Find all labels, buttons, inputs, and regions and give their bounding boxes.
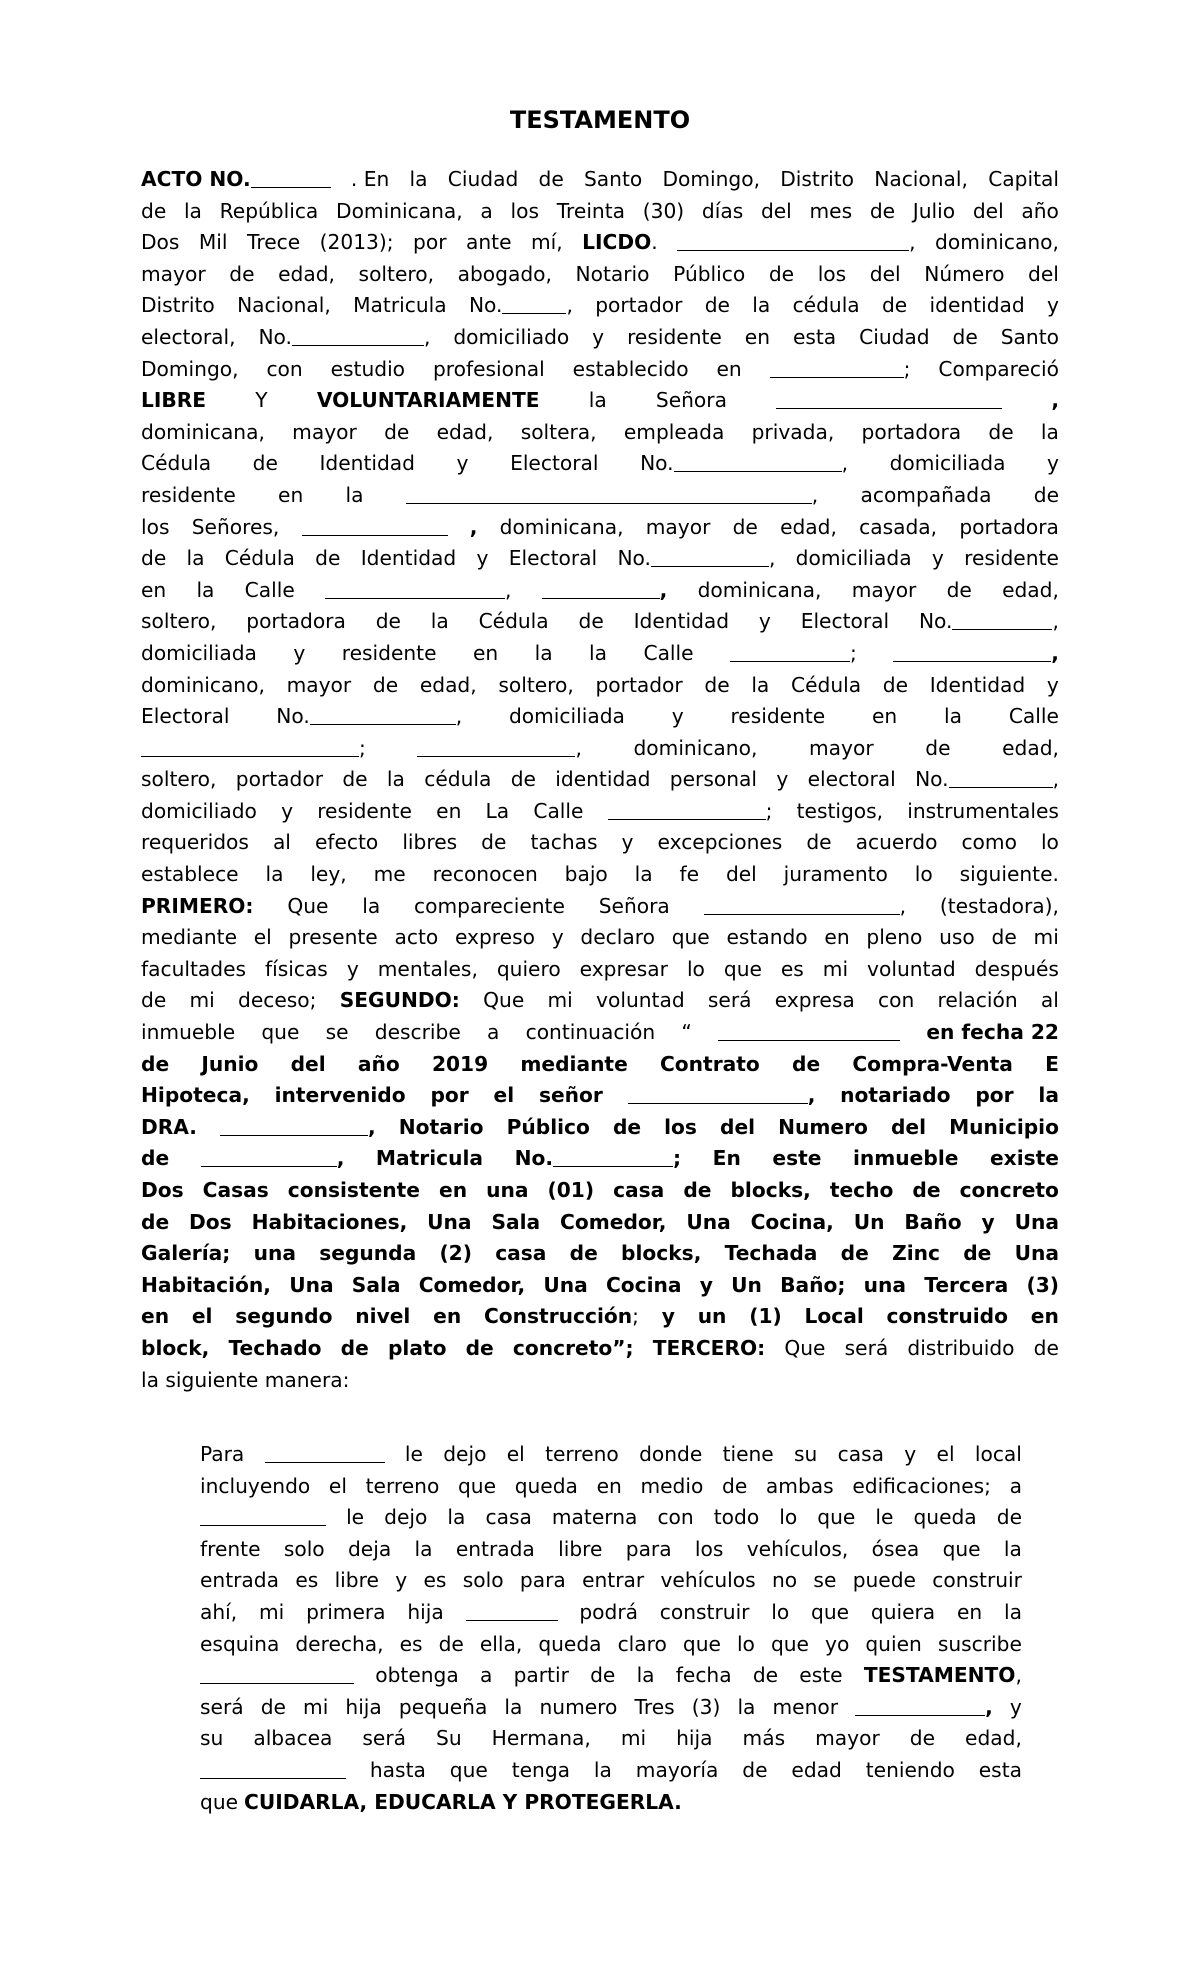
word: expresar	[580, 954, 668, 986]
word: Mil	[199, 227, 228, 259]
word: empleada	[624, 417, 724, 449]
word: dejo	[443, 1439, 486, 1471]
word: en	[957, 1597, 982, 1629]
word: en	[745, 322, 770, 354]
word: mayor	[141, 259, 206, 291]
word: casa	[613, 1175, 664, 1207]
word: Habitaciones,	[252, 1207, 408, 1239]
word: residente	[141, 480, 236, 512]
word: su	[794, 1439, 817, 1471]
word: estudio	[331, 354, 405, 386]
word: le	[405, 1439, 423, 1471]
blank-line	[553, 1146, 673, 1167]
word: existe	[990, 1143, 1059, 1175]
fill-in-blank: ,	[406, 480, 818, 512]
word: los	[818, 259, 846, 291]
word: domiciliada	[890, 448, 1006, 480]
word: de	[141, 985, 166, 1017]
word: electoral,	[141, 322, 236, 354]
word: la	[410, 164, 428, 196]
word: albacea	[253, 1723, 332, 1755]
word: identidad	[555, 764, 650, 796]
word: no	[772, 1565, 797, 1597]
word: la	[752, 290, 770, 322]
word: la	[415, 1534, 433, 1566]
word: Zinc	[892, 1238, 940, 1270]
word: mayor	[292, 417, 357, 449]
blank-line	[200, 1663, 354, 1684]
word: portador	[595, 670, 682, 702]
word: hija	[407, 1597, 443, 1629]
text-line: enelsegundonivelenConstrucción;yun(1)Loc…	[141, 1301, 1059, 1333]
word: Calle	[643, 638, 693, 670]
text-line: inmueblequesedescribeacontinuación“en fe…	[141, 1017, 1059, 1049]
word: y	[552, 922, 564, 954]
word: del	[761, 196, 792, 228]
word: edificaciones;	[852, 1471, 991, 1503]
word: segundo	[235, 1301, 332, 1333]
word: Baño;	[780, 1270, 845, 1302]
word: Una	[427, 1207, 471, 1239]
text-line: frentesolodejalaentradalibreparalosvehíc…	[200, 1534, 1022, 1566]
word: una	[254, 1238, 296, 1270]
word: en	[141, 1301, 169, 1333]
word: efecto	[315, 827, 378, 859]
word: No.,	[258, 322, 430, 354]
word: al	[273, 827, 291, 859]
fill-in-blank: ;	[730, 638, 857, 670]
word: este	[799, 1660, 842, 1692]
word: intervenido	[275, 1080, 406, 1112]
word: de	[341, 1333, 369, 1365]
word: No.;	[515, 1143, 682, 1175]
word: en	[597, 1471, 622, 1503]
word: Para	[200, 1439, 244, 1471]
text-line: facultadesfísicasymentales,quieroexpresa…	[141, 954, 1059, 986]
word: electoral	[808, 764, 896, 796]
word: y	[1047, 670, 1059, 702]
word: año	[358, 1049, 400, 1081]
word: mi	[621, 1723, 646, 1755]
word: “	[681, 1017, 691, 1049]
fill-in-blank: ,	[201, 1143, 345, 1175]
word: primera	[306, 1597, 385, 1629]
word: Numero	[778, 1112, 868, 1144]
word: a	[480, 1660, 492, 1692]
word: teniendo	[866, 1755, 955, 1787]
word: TERCERO:	[653, 1333, 766, 1365]
word: Que	[784, 1333, 825, 1365]
word: Trece	[247, 227, 300, 259]
word: de	[141, 1049, 169, 1081]
word: de	[953, 322, 978, 354]
word: solo	[463, 1565, 504, 1597]
word: podrá	[579, 1597, 638, 1629]
word: tachas	[530, 827, 597, 859]
word: Señora	[599, 891, 670, 923]
word: 2019	[432, 1049, 488, 1081]
word: fecha	[676, 1660, 732, 1692]
word: deja	[348, 1534, 391, 1566]
word: del	[973, 196, 1004, 228]
text-line: domiciliadoyresidenteenLaCalle;testigos,…	[141, 796, 1059, 828]
word: consistente	[288, 1175, 420, 1207]
word: acompañada	[860, 480, 991, 512]
word: mi	[259, 1597, 284, 1629]
word: la	[737, 1692, 755, 1724]
word: Y	[255, 385, 267, 417]
word: de	[373, 670, 398, 702]
word: libre	[558, 1534, 602, 1566]
text-line: incluyendoelterrenoquequedaenmediodeamba…	[200, 1471, 1022, 1503]
word: Matricula	[376, 1143, 483, 1175]
word: soltero,	[141, 764, 216, 796]
word: de	[590, 1660, 615, 1692]
word: y	[759, 606, 771, 638]
word: No.,	[469, 290, 573, 322]
word: de	[511, 764, 536, 796]
word: los	[141, 512, 169, 544]
word: Electoral	[510, 448, 598, 480]
document-title: TESTAMENTO	[0, 104, 1200, 136]
text-line: dominicano,mayordeedad,soltero,portadord…	[141, 670, 1059, 702]
word: ósea	[872, 1534, 920, 1566]
word: instrumentales	[907, 796, 1059, 828]
word: Treinta	[557, 196, 625, 228]
word: tenga	[512, 1755, 570, 1787]
word: voluntad	[596, 985, 685, 1017]
word: lo	[779, 1502, 797, 1534]
text-line: losSeñores,,dominicana,mayordeedad,casad…	[141, 512, 1059, 544]
word: de	[742, 1755, 767, 1787]
word: de	[883, 670, 908, 702]
word: mayor	[852, 575, 917, 607]
word: a	[487, 1017, 499, 1049]
fill-in-blank	[200, 1755, 346, 1787]
word: mí,	[531, 227, 563, 259]
blank-line	[677, 230, 909, 251]
word: al	[1041, 985, 1059, 1017]
word: de	[769, 259, 794, 291]
word: soltero,	[498, 670, 573, 702]
word: y	[1010, 1692, 1022, 1724]
word: y	[932, 543, 944, 575]
word: que	[261, 1017, 299, 1049]
word: mayor	[646, 512, 711, 544]
word: voluntad	[867, 954, 956, 986]
word: (3)	[692, 1692, 721, 1724]
word: estando	[726, 922, 807, 954]
word: Electoral	[509, 543, 597, 575]
distribution-paragraph: Paraledejoelterrenodondetienesucasayello…	[200, 1439, 1022, 1818]
word: abogado,	[458, 259, 552, 291]
word: edad,	[1002, 733, 1059, 765]
text-line: delaRepúblicaDominicana,alosTreinta(30)d…	[141, 196, 1059, 228]
word: partir	[514, 1660, 569, 1692]
word: queda	[538, 1629, 601, 1661]
fill-in-blank	[265, 1439, 385, 1471]
word: la	[1004, 1597, 1022, 1629]
fill-in-blank: ,	[704, 891, 906, 923]
word: que	[450, 1755, 488, 1787]
word: de	[841, 1238, 869, 1270]
word: será	[362, 1723, 406, 1755]
word: Identidad	[319, 448, 415, 480]
word: Capital	[988, 164, 1059, 196]
word: de	[683, 1175, 711, 1207]
word: soltera,	[521, 417, 597, 449]
word: Su	[436, 1723, 462, 1755]
word: es	[781, 954, 804, 986]
word: blocks,	[730, 1175, 810, 1207]
word: lo	[687, 954, 705, 986]
blank-line	[406, 483, 812, 504]
word: hasta	[370, 1755, 426, 1787]
text-line: soltero,portadordelacéduladeidentidadper…	[141, 764, 1059, 796]
word: siguiente.	[960, 859, 1059, 891]
word: Junio	[201, 1049, 258, 1081]
blank-line	[949, 767, 1053, 788]
blank-line	[704, 894, 900, 915]
word: profesional	[433, 354, 545, 386]
word: establece	[141, 859, 239, 891]
word: Sala	[352, 1270, 401, 1302]
word: su	[200, 1723, 223, 1755]
word: Distrito	[780, 164, 854, 196]
word: Comedor,	[560, 1207, 666, 1239]
word: esta	[793, 322, 836, 354]
blank-line	[776, 388, 1002, 409]
word: dominicana,	[698, 575, 822, 607]
word: domiciliado	[141, 796, 257, 828]
word: terreno	[366, 1471, 440, 1503]
word: un	[698, 1301, 727, 1333]
word: lo	[737, 1629, 755, 1661]
word: la	[589, 638, 607, 670]
word: mediante	[520, 1049, 627, 1081]
blank-line	[608, 799, 766, 820]
word: de	[792, 1049, 820, 1081]
fill-in-blank	[718, 1017, 900, 1049]
word: la	[751, 670, 769, 702]
word: residente	[627, 322, 722, 354]
word: me	[374, 859, 406, 891]
blank-line	[251, 167, 331, 188]
word: (testadora),	[940, 891, 1059, 923]
text-line: obtengaapartirdelafechadeesteTESTAMENTO,	[200, 1660, 1022, 1692]
text-line: Habitación,UnaSalaComedor,UnaCocinayUnBa…	[141, 1270, 1059, 1302]
word: de	[1034, 1333, 1059, 1365]
blank-line	[220, 1115, 368, 1136]
word: deceso;	[238, 985, 316, 1017]
word: ACTO NO.	[141, 164, 331, 196]
word: queda	[913, 1502, 976, 1534]
word: frente	[200, 1534, 261, 1566]
word: la	[184, 196, 202, 228]
text-line: ElectoralNo.,domiciliadayresidenteenlaCa…	[141, 701, 1059, 733]
word: del	[870, 259, 901, 291]
word: dominicano,	[633, 733, 757, 765]
word: será	[200, 1692, 244, 1724]
word: ante	[466, 227, 512, 259]
word: de	[705, 290, 730, 322]
word: casa	[495, 1238, 546, 1270]
blank-line	[302, 515, 448, 536]
word: Sala	[491, 1207, 540, 1239]
word: la	[387, 764, 405, 796]
word: residente	[342, 638, 437, 670]
word: terreno	[545, 1439, 619, 1471]
word: el	[329, 1471, 347, 1503]
word: dominicano,	[935, 227, 1059, 259]
word: solo	[284, 1534, 325, 1566]
word: República	[220, 196, 319, 228]
word: DRA.	[141, 1112, 197, 1144]
word: presente	[289, 922, 378, 954]
text-line: medianteelpresenteactoexpresoydeclaroque…	[141, 922, 1059, 954]
word: la	[187, 543, 205, 575]
text-line: ;,dominicano,mayordeedad,	[141, 733, 1059, 765]
word: VOLUNTARIAMENTE	[317, 385, 540, 417]
word: y	[457, 448, 469, 480]
word: de	[261, 1692, 286, 1724]
word: establecido	[573, 354, 689, 386]
word: los	[695, 1534, 723, 1566]
word: privada,	[752, 417, 835, 449]
fill-in-blank: ,	[542, 575, 668, 607]
word: inmueble	[853, 1143, 958, 1175]
word: se	[813, 1565, 836, 1597]
text-line: CéduladeIdentidadyElectoralNo.,domicilia…	[141, 448, 1059, 480]
word: plato	[388, 1333, 447, 1365]
text-line: Galería;unasegunda(2)casadeblocks,Techad…	[141, 1238, 1059, 1270]
word: (01)	[548, 1175, 595, 1207]
word: requeridos	[141, 827, 249, 859]
fill-in-blank: ,	[628, 1080, 816, 1112]
word: local	[975, 1439, 1022, 1471]
word: Calle	[533, 796, 583, 828]
word: ley,	[310, 859, 346, 891]
word: esquina	[200, 1629, 279, 1661]
word: libre	[335, 1565, 379, 1597]
word: inmueble	[141, 1017, 235, 1049]
word: No.,	[640, 448, 848, 480]
word: de	[376, 606, 401, 638]
word: del	[291, 1049, 326, 1081]
word: en	[436, 796, 461, 828]
word: entrada	[456, 1534, 535, 1566]
word: Electoral	[141, 701, 229, 733]
word: uso	[939, 922, 975, 954]
word: suscribe	[938, 1629, 1022, 1661]
blank-line	[325, 578, 505, 599]
word: Ciudad	[448, 164, 519, 196]
word: de	[466, 1333, 494, 1365]
word: de	[439, 1629, 464, 1661]
word: relación	[938, 985, 1018, 1017]
word: ,	[1051, 385, 1059, 417]
word: casada,	[859, 512, 937, 544]
blank-line	[770, 357, 904, 378]
word: la	[265, 859, 283, 891]
word: para	[626, 1534, 672, 1566]
word: Cocina	[606, 1270, 682, 1302]
word: quien	[865, 1629, 921, 1661]
fill-in-blank: ,	[417, 733, 581, 765]
word: de	[342, 764, 367, 796]
word: En	[713, 1143, 741, 1175]
word: que	[683, 1629, 721, 1661]
word: de	[141, 1207, 169, 1239]
word: Municipio	[949, 1112, 1059, 1144]
word: juramento	[784, 859, 888, 891]
word: de	[925, 733, 950, 765]
blank-line	[310, 704, 456, 725]
fill-in-blank: ,	[677, 227, 915, 259]
word: mes	[810, 196, 853, 228]
word: (2013);	[320, 227, 394, 259]
word: personal	[670, 764, 757, 796]
word: Identidad	[361, 543, 457, 575]
word: Dos	[141, 227, 179, 259]
word: la	[1041, 417, 1059, 449]
word: Una	[289, 1270, 333, 1302]
word: casa	[838, 1439, 884, 1471]
word: y	[476, 543, 488, 575]
word: la	[594, 1755, 612, 1787]
word: ella,	[480, 1629, 522, 1661]
blank-line	[730, 641, 850, 662]
word: mentales,	[378, 954, 478, 986]
word: quiera	[871, 1597, 935, 1629]
word: el	[507, 1439, 525, 1471]
word: que	[817, 1502, 855, 1534]
text-line: establecelaley,mereconocenbajolafedeljur…	[141, 859, 1059, 891]
text-line: esquinaderecha,esdeella,quedaclaroqueloq…	[200, 1629, 1022, 1661]
word: de	[579, 606, 604, 638]
text-line: ledejolacasamaternacontodoloquelequedade	[200, 1502, 1022, 1534]
word: PRIMERO:	[141, 891, 254, 923]
text-line: dominicana,mayordeedad,soltera,empleadap…	[141, 417, 1059, 449]
word: es	[295, 1565, 318, 1597]
word: mi	[303, 1692, 328, 1724]
word: CUIDARLA, EDUCARLA Y PROTEGERLA.	[244, 1787, 682, 1819]
word: portadora	[862, 417, 962, 449]
word: LICDO.	[582, 227, 658, 259]
word: dominicana,	[500, 512, 624, 544]
word: No.,	[915, 764, 1059, 796]
word: Una	[686, 1207, 730, 1239]
word: Que	[287, 891, 328, 923]
word: de	[570, 1238, 598, 1270]
word: del	[891, 1112, 926, 1144]
word: los	[510, 196, 538, 228]
text-line: Domingo,conestudioprofesionalestablecido…	[141, 354, 1059, 386]
word: este	[772, 1143, 821, 1175]
word: Casas	[203, 1175, 269, 1207]
word: No.,	[276, 701, 462, 733]
word: testigos,	[797, 796, 883, 828]
fill-in-blank: ,	[855, 1692, 993, 1724]
word: con	[266, 354, 302, 386]
blank-line	[265, 1442, 385, 1463]
word: medio	[640, 1471, 703, 1503]
word: por	[413, 227, 446, 259]
word: y	[1047, 290, 1059, 322]
blank-line	[718, 1020, 900, 1041]
word: y	[982, 1207, 995, 1239]
word: de	[988, 417, 1013, 449]
